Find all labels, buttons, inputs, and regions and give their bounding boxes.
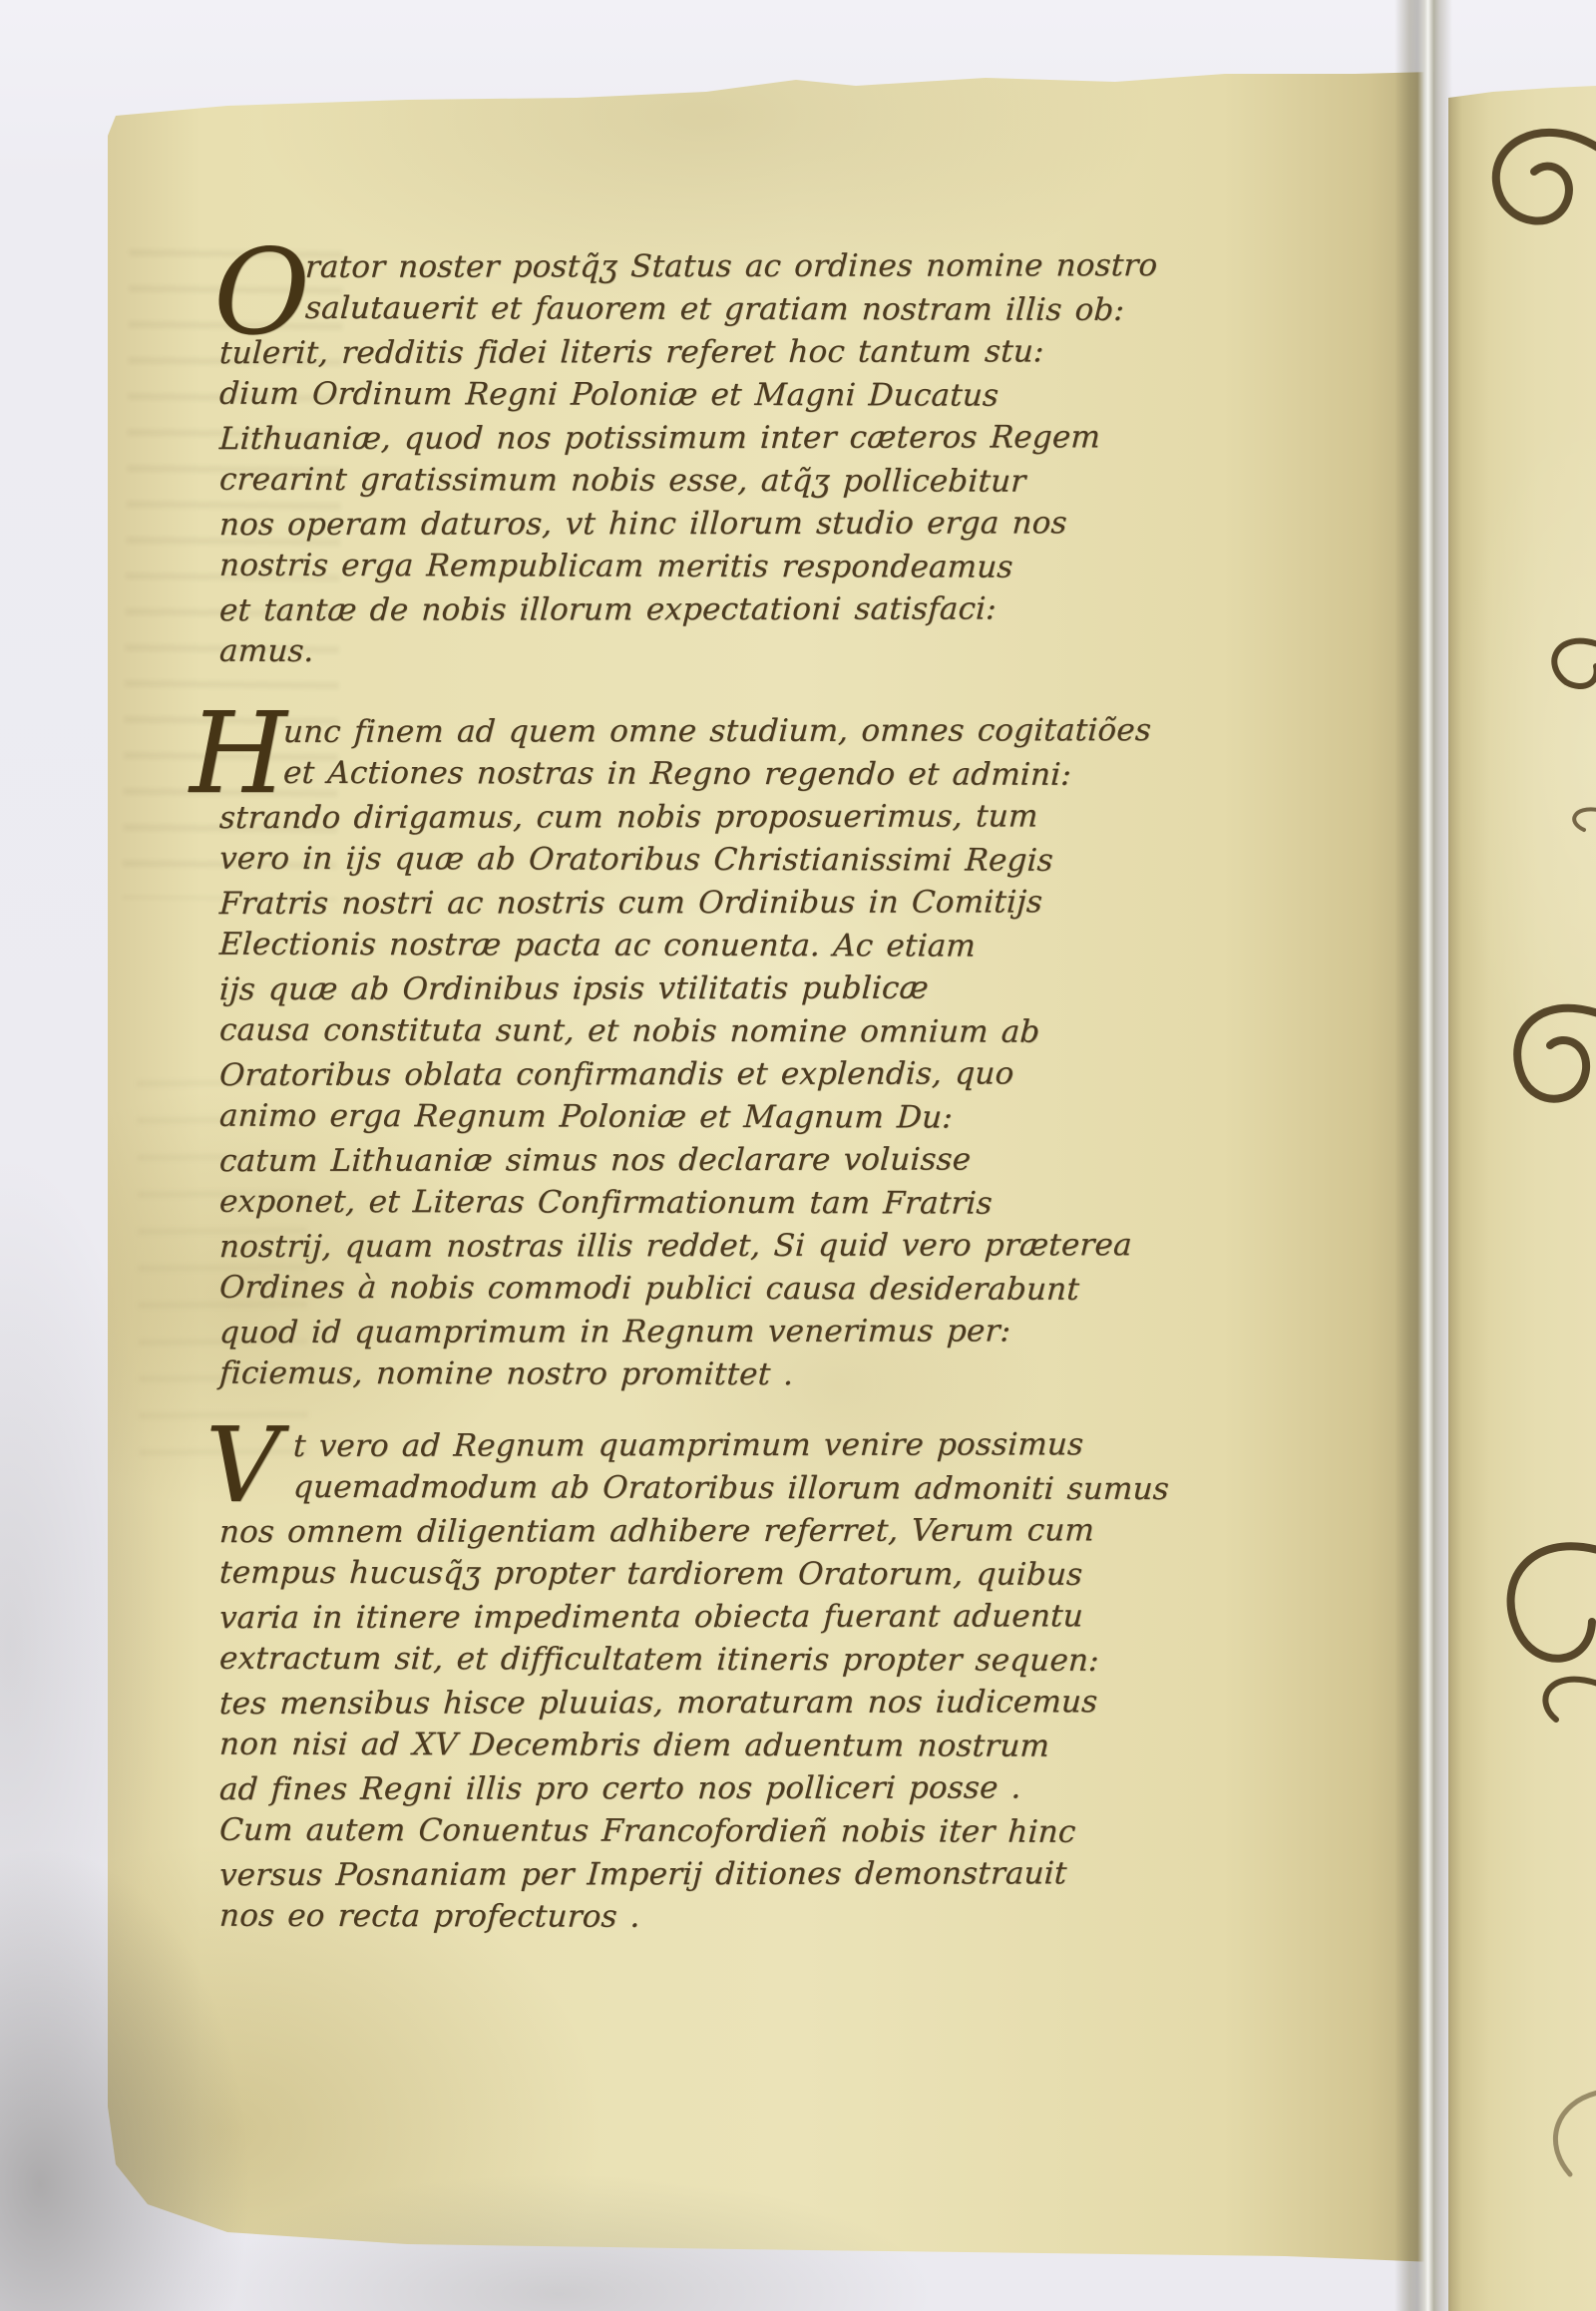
paragraph-1-lines: rator noster postq̃ʒ Status ac ordines n… [219,245,1272,674]
manuscript-line: nos operam daturos, vt hinc illorum stud… [218,502,1273,547]
manuscript-line: ijs quæ ab Ordinibus ipsis vtilitatis pu… [218,966,1273,1011]
flourish-fragment [1574,809,1596,830]
manuscript-line: amus. [218,630,1273,676]
manuscript-line: et Actiones nostras in Regno regendo et … [218,752,1273,798]
flourish-fragment [1545,1680,1596,1720]
pen-flourish-fragments [1448,86,1596,2311]
manuscript-line: t vero ad Regnum quamprimum venire possi… [218,1423,1273,1468]
manuscript-line: extractum sit, et difficultatem itineris… [218,1638,1273,1684]
manuscript-line: nostrij, quam nostras illis reddet, Si q… [218,1224,1273,1269]
paragraph-3: V t vero ad Regnum quamprimum venire pos… [219,1424,1272,1939]
manuscript-line: unc finem ad quem omne studium, omnes co… [218,709,1273,754]
manuscript-line: salutauerit et fauorem et gratiam nostra… [218,287,1273,333]
manuscript-line: strando dirigamus, cum nobis proposuerim… [218,795,1273,840]
manuscript-page: O rator noster postq̃ʒ Status ac ordines… [108,72,1434,2262]
manuscript-line: dium Ordinum Regni Poloniæ et Magni Duca… [218,373,1273,419]
manuscript-line: quemadmodum ab Oratoribus illorum admoni… [218,1466,1273,1512]
manuscript-line: nos eo recta profecturos . [218,1895,1273,1941]
paragraph-2: H unc finem ad quem omne studium, omnes … [219,710,1272,1396]
flourish-fragment [1517,1008,1596,1099]
flourish-fragment [1496,133,1596,221]
flourish-fragment [1554,641,1596,686]
paragraph-1: O rator noster postq̃ʒ Status ac ordines… [219,245,1272,674]
manuscript-line: varia in itinere impedimenta obiecta fue… [218,1595,1273,1640]
facing-page-edge [1448,86,1596,2311]
manuscript-line: Lithuaniæ, quod nos potissimum inter cæt… [218,416,1273,461]
manuscript-line: tes mensibus hisce pluuias, moraturam no… [218,1681,1273,1726]
book-gutter [1395,0,1452,2311]
manuscript-line: rator noster postq̃ʒ Status ac ordines n… [218,244,1273,289]
manuscript-line: Ordines à nobis commodi publici causa de… [218,1267,1273,1313]
scanned-book-opening: O rator noster postq̃ʒ Status ac ordines… [0,0,1596,2311]
paragraph-3-lines: t vero ad Regnum quamprimum venire possi… [219,1424,1272,1939]
manuscript-line: catum Lithuaniæ simus nos declarare volu… [218,1138,1273,1183]
manuscript-line: crearint gratissimum nobis esse, atq̃ʒ p… [218,459,1273,505]
manuscript-line: versus Posnaniam per Imperij ditiones de… [218,1852,1273,1897]
manuscript-line: tempus hucusq̃ʒ propter tardiorem Orator… [218,1552,1273,1598]
manuscript-line: et tantæ de nobis illorum expectationi s… [218,587,1273,632]
manuscript-line: tulerit, redditis fidei literis referet … [218,330,1273,375]
manuscript-line: exponet, et Literas Confirmationum tam F… [218,1181,1273,1227]
manuscript-line: ad fines Regni illis pro certo nos polli… [218,1766,1273,1811]
text-block: O rator noster postq̃ʒ Status ac ordines… [219,239,1272,1939]
manuscript-line: Electionis nostræ pacta ac conuenta. Ac … [218,924,1273,969]
manuscript-line: ficiemus, nomine nostro promittet . [218,1352,1273,1398]
manuscript-line: nos omnem diligentiam adhibere referret,… [218,1509,1273,1554]
manuscript-line: Oratoribus oblata confirmandis et explen… [218,1052,1273,1097]
manuscript-line: nostris erga Rempublicam meritis respond… [218,545,1273,590]
manuscript-line: Fratris nostri ac nostris cum Ordinibus … [218,881,1273,926]
manuscript-line: animo erga Regnum Poloniæ et Magnum Du: [218,1095,1273,1141]
manuscript-line: causa constituta sunt, et nobis nomine o… [218,1009,1273,1055]
manuscript-line: quod id quamprimum in Regnum venerimus p… [218,1310,1273,1354]
flourish-fragment [1555,2093,1596,2174]
manuscript-line: vero in ijs quæ ab Oratoribus Christiani… [218,838,1273,884]
manuscript-line: non nisi ad XV Decembris diem aduentum n… [218,1724,1273,1769]
paragraph-2-lines: unc finem ad quem omne studium, omnes co… [219,710,1272,1396]
flourish-fragment [1511,1546,1596,1659]
manuscript-line: Cum autem Conuentus Francofordieñ nobis … [218,1809,1273,1855]
